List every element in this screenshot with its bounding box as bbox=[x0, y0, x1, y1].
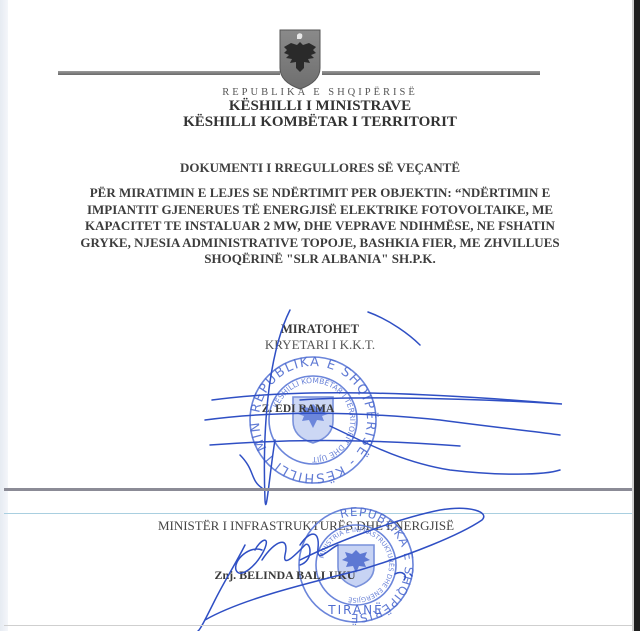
approval-role: KRYETARI I K.K.T. bbox=[0, 337, 640, 353]
subject-line: PËR MIRATIMIN E LEJES SE NDËRTIMIT PER O… bbox=[60, 185, 580, 202]
subject-line: KAPACITET TE INSTALUAR 2 MW, DHE VEPRAVE… bbox=[60, 218, 580, 235]
header-rule-left bbox=[58, 71, 280, 75]
minister-name: Znj. BELINDA BALLUKU bbox=[0, 568, 570, 583]
header-rule-right bbox=[322, 71, 540, 75]
minister-role: MINISTËR I INFRASTRUKTURËS DHE ENERGJISË bbox=[0, 518, 612, 534]
document-title: DOKUMENTI I RREGULLORES SË VEÇANTË bbox=[0, 160, 640, 176]
council-of-ministers-heading: KËSHILLI I MINISTRAVE bbox=[0, 98, 640, 115]
section-divider bbox=[4, 513, 632, 514]
approval-label: MIRATOHET bbox=[0, 322, 640, 337]
document-subject: PËR MIRATIMIN E LEJES SE NDËRTIMIT PER O… bbox=[60, 185, 580, 268]
subject-line: SHOQËRINË "SLR ALBANIA" SH.P.K. bbox=[60, 251, 580, 268]
svg-text:KËSHILLI KOMBËTAR I TERRITORIT: KËSHILLI KOMBËTAR I TERRITORIT DHE UJIT bbox=[271, 376, 357, 464]
page-bottom-rule bbox=[4, 625, 632, 626]
albanian-coat-of-arms-icon bbox=[278, 28, 322, 90]
subject-line: IMPIANTIT GJENERUES TË ENERGJISË ELEKTRI… bbox=[60, 202, 580, 219]
svg-text:MINISTRIA E INFRASTRUKTURËS DH: MINISTRIA E INFRASTRUKTURËS DHE ENERGJIS… bbox=[318, 526, 396, 605]
republic-heading: REPUBLIKA E SHQIPËRISË bbox=[0, 87, 640, 98]
section-divider bbox=[4, 488, 632, 491]
chair-name: Z. EDI RAMA bbox=[0, 403, 596, 415]
svg-text:TIRANË: TIRANË bbox=[327, 602, 384, 617]
national-territory-council-heading: KËSHILLI KOMBËTAR I TERRITORIT bbox=[0, 114, 640, 131]
subject-line: GRYKE, NJESIA ADMINISTRATIVE TOPOJE, BAS… bbox=[60, 235, 580, 252]
